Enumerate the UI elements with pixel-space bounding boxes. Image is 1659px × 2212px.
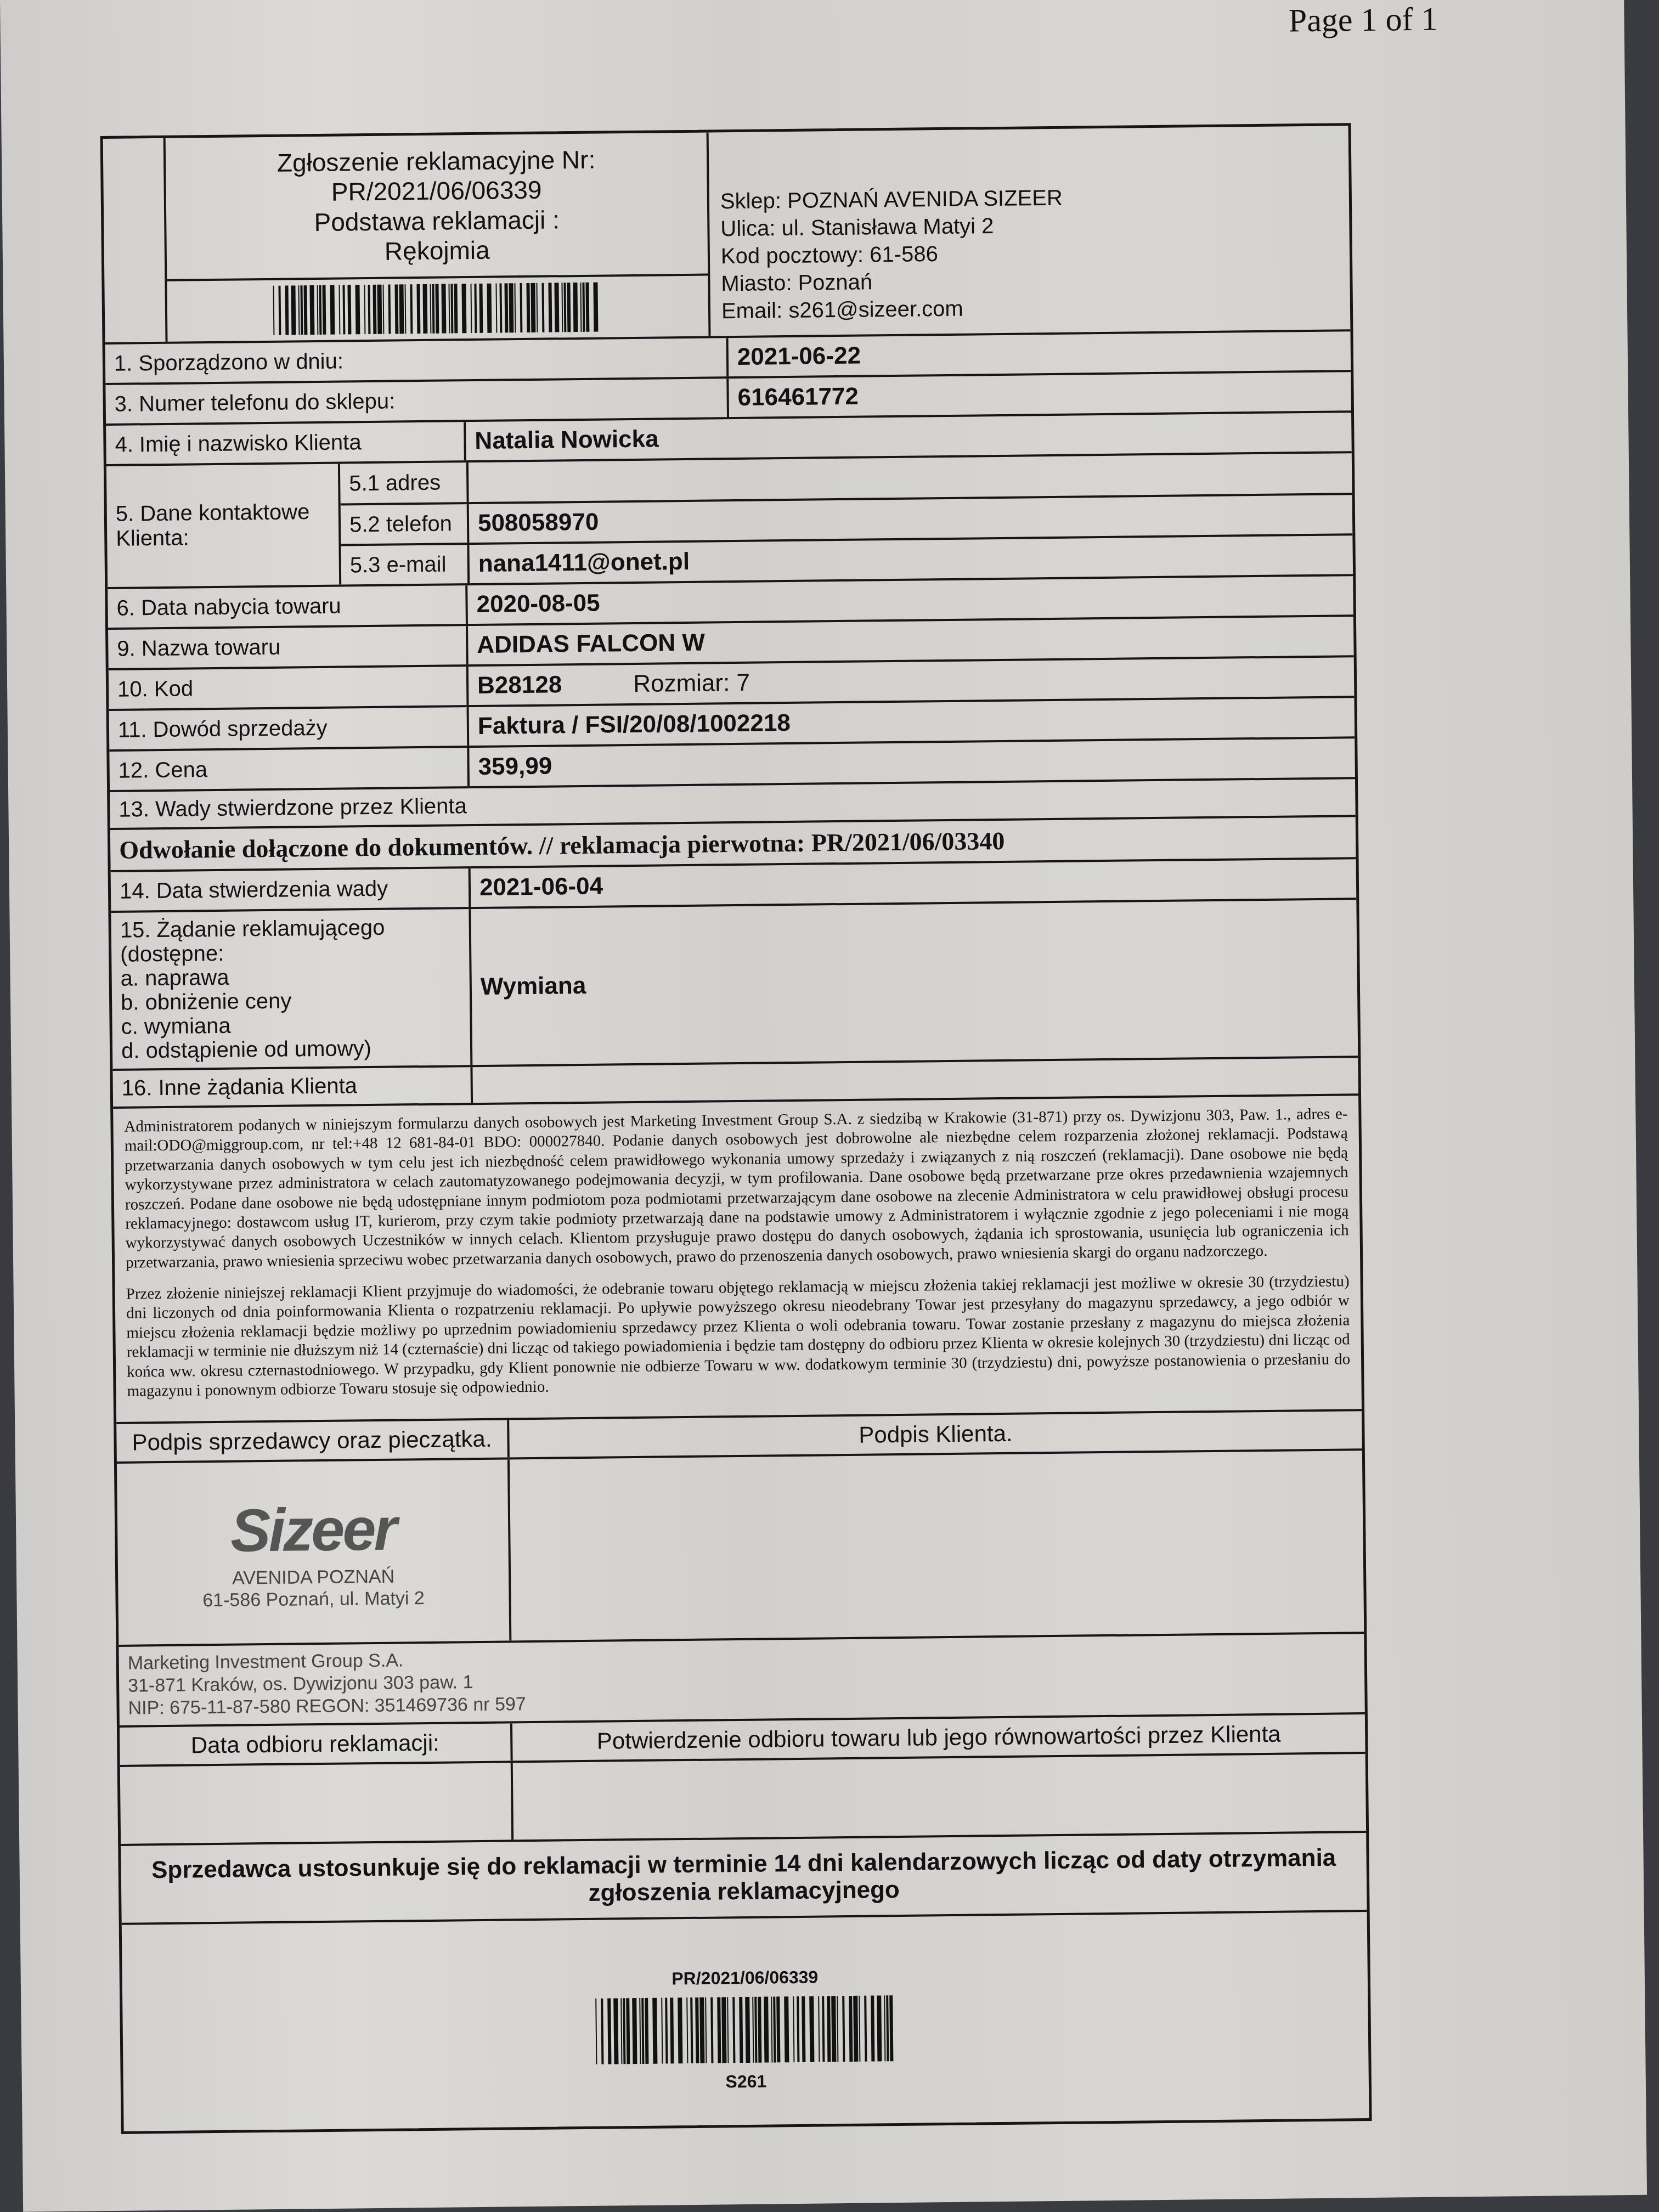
- stamp-line: AVENIDA POZNAŃ: [232, 1565, 394, 1589]
- shop-info: Sklep: POZNAŃ AVENIDA SIZEER Ulica: ul. …: [707, 126, 1351, 336]
- row-legal: Administratorem podanych w niniejszym fo…: [113, 1093, 1362, 1422]
- address-label: 5.1 adres: [340, 462, 467, 503]
- defect-date-label: 14. Data stwierdzenia wady: [111, 868, 469, 911]
- row-claim: 15. Żądanie reklamującego (dostępne: a. …: [111, 898, 1358, 1069]
- seller-signature-label: Podpis sprzedawcy oraz pieczątka.: [116, 1420, 507, 1462]
- row-footer: PR/2021/06/06339 S261: [122, 1910, 1369, 2131]
- header-stub: [103, 138, 168, 342]
- row-contact: 5. Dane kontaktowe Klienta: 5.1 adres 5.…: [106, 451, 1353, 587]
- contact-subfields: 5.1 adres 5.2 telefon 508058970 5.3 e-ma…: [338, 453, 1353, 584]
- claim-label: 15. Żądanie reklamującego (dostępne:: [120, 915, 461, 966]
- title-line: Zgłoszenie reklamacyjne Nr:: [171, 144, 702, 179]
- stamp-line: 31-871 Kraków, os. Dywizjonu 303 paw. 1: [128, 1671, 473, 1697]
- claim-label-block: 15. Żądanie reklamującego (dostępne: a. …: [111, 909, 470, 1069]
- pickup-date-label: Data odbioru reklamacji:: [120, 1723, 511, 1764]
- stamp-line: NIP: 675-11-87-580 REGON: 351469736 nr 5…: [128, 1693, 526, 1719]
- barcode-icon: [595, 1995, 896, 2064]
- footer-barcode-block: PR/2021/06/06339 S261: [122, 1912, 1369, 2131]
- sizeer-logo: Sizeer: [230, 1493, 396, 1567]
- header-left: Zgłoszenie reklamacyjne Nr: PR/2021/06/0…: [103, 133, 709, 343]
- stamp-company: Marketing Investment Group S.A. 31-871 K…: [119, 1643, 535, 1725]
- pickup-confirm-box[interactable]: [511, 1754, 1366, 1839]
- claim-option: d. odstąpienie od umowy): [121, 1036, 371, 1063]
- row-pickup-values: [120, 1752, 1366, 1844]
- header-barcode: [167, 276, 708, 342]
- shop-phone-label: 3. Numer telefonu do sklepu:: [105, 379, 727, 424]
- footer-reference: PR/2021/06/06339: [672, 1967, 818, 1989]
- page-indicator: Page 1 of 1: [1289, 1, 1438, 40]
- complaint-form: Zgłoszenie reklamacyjne Nr: PR/2021/06/0…: [100, 123, 1372, 2134]
- claim-value: Wymiana: [469, 900, 1358, 1065]
- complaint-number: PR/2021/06/06339: [171, 173, 702, 208]
- email-label: 5.3 e-mail: [341, 545, 467, 584]
- shop-email: Email: s261@sizeer.com: [721, 291, 1339, 325]
- client-signature-box[interactable]: [507, 1451, 1364, 1640]
- legal-text: Administratorem podanych w niniejszym fo…: [113, 1096, 1362, 1422]
- complaint-title: Zgłoszenie reklamacyjne Nr: PR/2021/06/0…: [166, 133, 708, 281]
- claim-option: b. obniżenie ceny: [121, 989, 292, 1015]
- response-notice: Sprzedawca ustosunkuje się do reklamacji…: [121, 1833, 1367, 1923]
- code-value: B28128: [477, 671, 562, 699]
- complaint-form-paper: Page 1 of 1 Zgłoszenie reklamacyjne Nr: …: [0, 0, 1647, 2212]
- contact-label: 5. Dane kontaktowe Klienta:: [106, 464, 339, 587]
- row-notice: Sprzedawca ustosunkuje się do reklamacji…: [121, 1831, 1367, 1923]
- stamp-line: Marketing Investment Group S.A.: [128, 1650, 404, 1675]
- seller-stamp: Sizeer AVENIDA POZNAŃ 61-586 Poznań, ul.…: [117, 1460, 509, 1645]
- code-label: 10. Kod: [109, 667, 467, 709]
- row-stamp-company: Marketing Investment Group S.A. 31-871 K…: [119, 1632, 1364, 1725]
- purchase-date-label: 6. Data nabycia towaru: [108, 585, 466, 628]
- pickup-date-box[interactable]: [120, 1763, 511, 1843]
- stamp-line: 61-586 Poznań, ul. Matyi 2: [202, 1587, 425, 1612]
- barcode-icon: [273, 283, 602, 335]
- header-title-block: Zgłoszenie reklamacyjne Nr: PR/2021/06/0…: [166, 133, 709, 342]
- other-requests-label: 16. Inne żądania Klienta: [112, 1067, 471, 1107]
- shop-phone-value: 616461772: [726, 372, 1351, 417]
- client-name-label: 4. Imię i nazwisko Klienta: [106, 422, 464, 464]
- claim-option: c. wymiana: [121, 1014, 231, 1039]
- form-header: Zgłoszenie reklamacyjne Nr: PR/2021/06/0…: [103, 126, 1351, 342]
- gdpr-clause: Administratorem podanych w niniejszym fo…: [124, 1104, 1349, 1272]
- footer-store-code: S261: [725, 2071, 766, 2092]
- proof-of-sale-label: 11. Dowód sprzedaży: [109, 707, 467, 749]
- size-value: Rozmiar: 7: [633, 669, 750, 698]
- phone-label: 5.2 telefon: [341, 504, 467, 544]
- basis-label: Podstawa reklamacji :: [172, 203, 702, 238]
- price-label: 12. Cena: [109, 748, 467, 790]
- basis-value: Rękojmia: [172, 233, 703, 268]
- row-signatures: Sizeer AVENIDA POZNAŃ 61-586 Poznań, ul.…: [117, 1448, 1364, 1645]
- date-created-value: 2021-06-22: [726, 331, 1351, 376]
- product-name-label: 9. Nazwa towaru: [108, 626, 466, 668]
- claim-option: a. naprawa: [120, 966, 229, 991]
- pickup-clause: Przez złożenie niniejszej reklamacji Kli…: [126, 1272, 1351, 1401]
- defects-label: 13. Wady stwierdzone przez Klienta: [110, 788, 476, 828]
- date-created-label: 1. Sporządzono w dniu:: [105, 338, 727, 383]
